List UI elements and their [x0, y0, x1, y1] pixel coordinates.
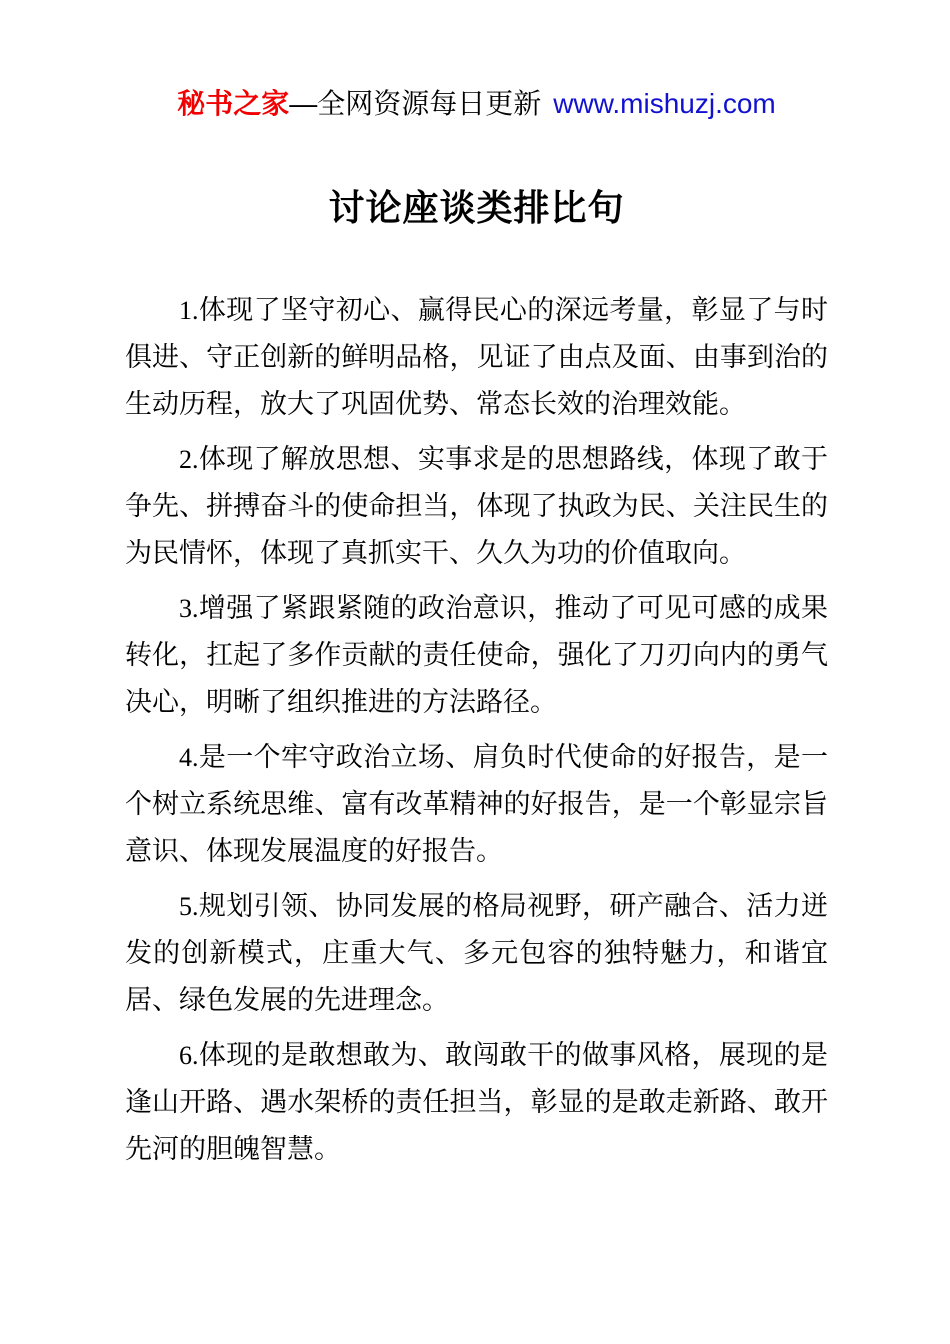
paragraph-4-text: 是一个牢守政治立场、肩负时代使命的好报告，是一个树立系统思维、富有改革精神的好报… [125, 742, 828, 866]
paragraph-4-number: 4. [179, 743, 199, 772]
paragraph-2-number: 2. [179, 445, 199, 474]
document-body: 1.体现了坚守初心、赢得民心的深远考量，彰显了与时俱进、守正创新的鲜明品格，见证… [125, 287, 828, 1173]
site-url-link[interactable]: www.mishuzj.com [553, 88, 775, 119]
paragraph-1-number: 1. [179, 296, 199, 325]
paragraph-3: 3.增强了紧跟紧随的政治意识，推动了可见可感的成果转化，扛起了多作贡献的责任使命… [125, 585, 828, 726]
paragraph-5-number: 5. [179, 892, 199, 921]
header-tagline: 全网资源每日更新 [317, 88, 541, 119]
paragraph-6-number: 6. [179, 1041, 199, 1070]
header-dash: — [289, 88, 317, 119]
paragraph-3-number: 3. [179, 594, 199, 623]
paragraph-1: 1.体现了坚守初心、赢得民心的深远考量，彰显了与时俱进、守正创新的鲜明品格，见证… [125, 287, 828, 428]
paragraph-5: 5.规划引领、协同发展的格局视野，研产融合、活力迸发的创新模式，庄重大气、多元包… [125, 883, 828, 1024]
paragraph-2-text: 体现了解放思想、实事求是的思想路线，体现了敢于争先、拼搏奋斗的使命担当，体现了执… [125, 444, 828, 568]
site-brand: 秘书之家 [177, 88, 289, 119]
paragraph-6: 6.体现的是敢想敢为、敢闯敢干的做事风格，展现的是逢山开路、遇水架桥的责任担当，… [125, 1032, 828, 1173]
paragraph-6-text: 体现的是敢想敢为、敢闯敢干的做事风格，展现的是逢山开路、遇水架桥的责任担当，彰显… [125, 1040, 828, 1164]
site-header: 秘书之家—全网资源每日更新www.mishuzj.com [125, 84, 828, 124]
paragraph-4: 4.是一个牢守政治立场、肩负时代使命的好报告，是一个树立系统思维、富有改革精神的… [125, 734, 828, 875]
paragraph-5-text: 规划引领、协同发展的格局视野，研产融合、活力迸发的创新模式，庄重大气、多元包容的… [125, 891, 828, 1015]
document-page: 秘书之家—全网资源每日更新www.mishuzj.com 讨论座谈类排比句 1.… [0, 0, 950, 1344]
paragraph-3-text: 增强了紧跟紧随的政治意识，推动了可见可感的成果转化，扛起了多作贡献的责任使命，强… [125, 593, 828, 717]
document-title: 讨论座谈类排比句 [125, 184, 828, 232]
paragraph-1-text: 体现了坚守初心、赢得民心的深远考量，彰显了与时俱进、守正创新的鲜明品格，见证了由… [125, 295, 828, 419]
paragraph-2: 2.体现了解放思想、实事求是的思想路线，体现了敢于争先、拼搏奋斗的使命担当，体现… [125, 436, 828, 577]
